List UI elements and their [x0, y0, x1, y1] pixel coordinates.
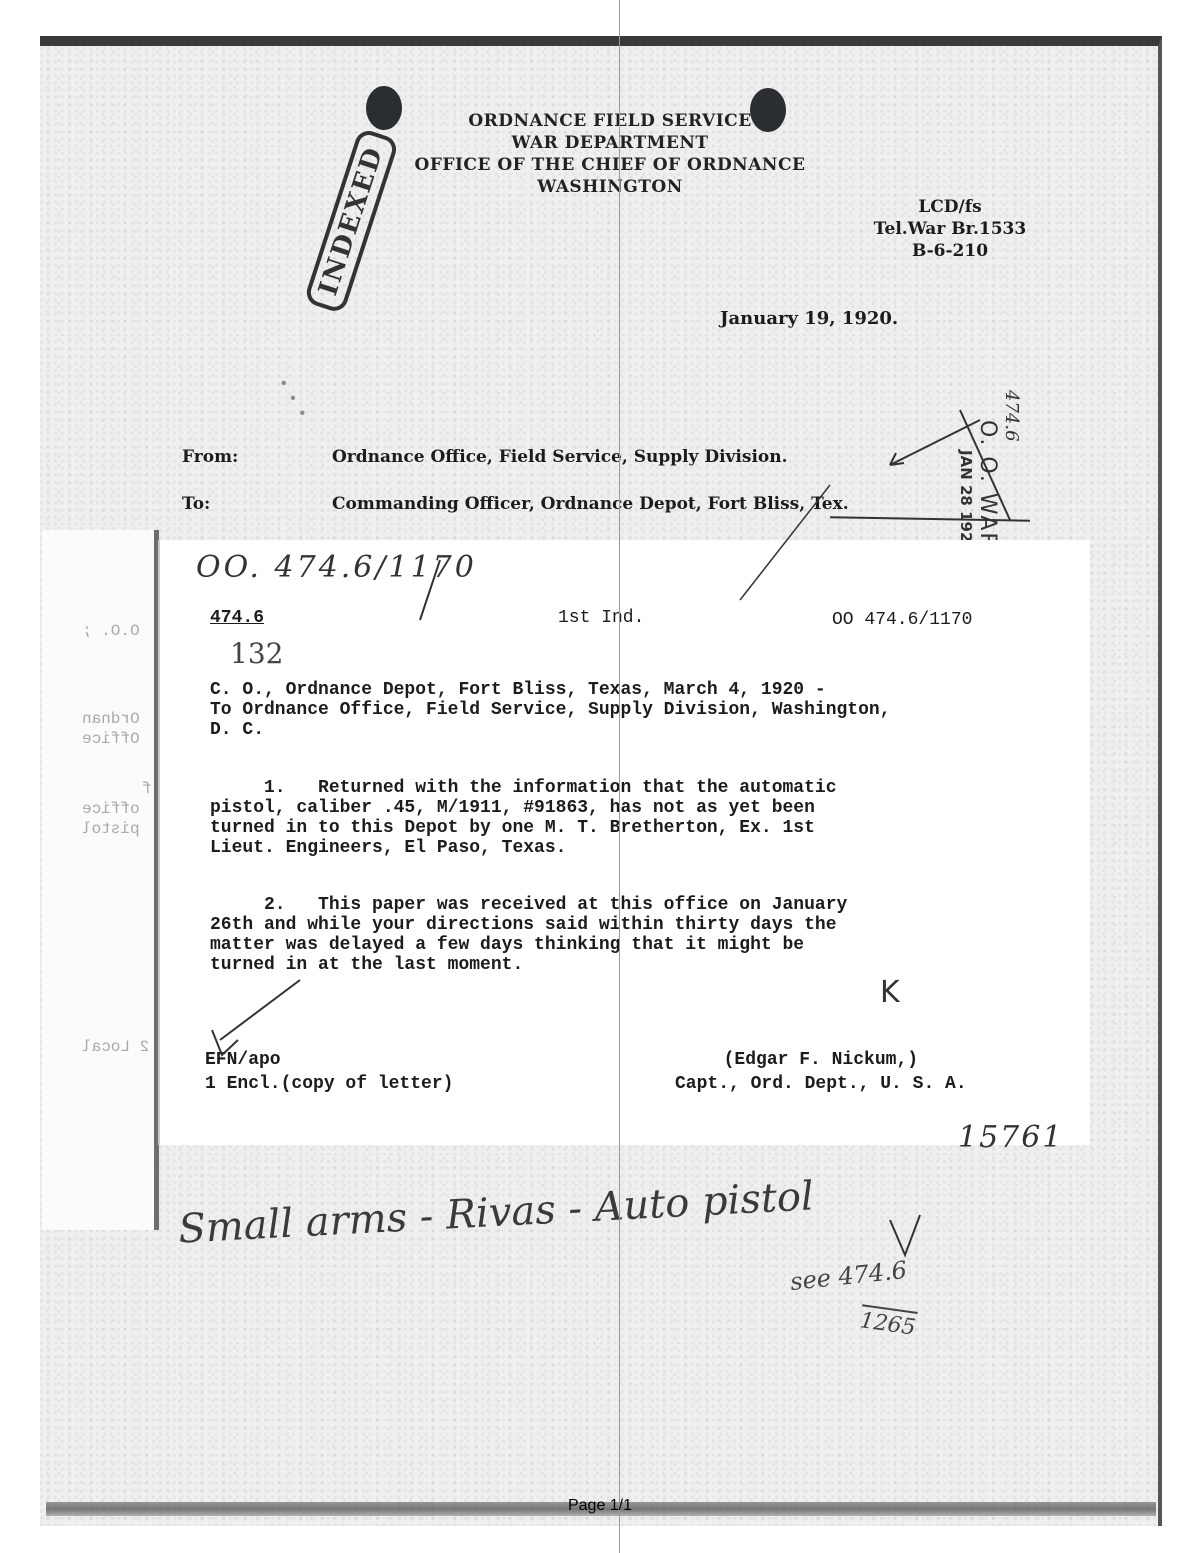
from-line: From:Ordnance Office, Field Service, Sup… — [182, 447, 788, 467]
signature-name: (Edgar F. Nickum,) — [675, 1048, 967, 1072]
mirror-text: office — [82, 800, 140, 818]
paragraph-line: 26th and while your directions said with… — [210, 915, 847, 935]
letterhead: ORDNANCE FIELD SERVICE WAR DEPARTMENT OF… — [380, 110, 840, 198]
indorsement-title: 1st Ind. — [558, 608, 644, 628]
paragraph-2: 2. This paper was received at this offic… — [210, 895, 847, 975]
fold-line — [619, 0, 620, 1553]
handwritten-number: 132 — [230, 637, 283, 670]
signature-title: Capt., Ord. Dept., U. S. A. — [675, 1072, 967, 1096]
typist-initials: EFN/apo — [205, 1048, 453, 1072]
mirror-text: 2 Local — [82, 1038, 149, 1056]
mirror-text: Office — [82, 730, 140, 748]
paragraph-line: matter was delayed a few days thinking t… — [210, 935, 847, 955]
handwritten-file-ref: OO. 474.6/1170 — [196, 550, 477, 585]
letter-date: January 19, 1920. — [720, 308, 898, 329]
address-line: C. O., Ordnance Depot, Fort Bliss, Texas… — [210, 680, 891, 700]
received-stamp-date: JAN 28 1920 — [957, 450, 975, 553]
paragraph-1: 1. Returned with the information that th… — [210, 778, 837, 858]
address-line: To Ordnance Office, Field Service, Suppl… — [210, 700, 891, 720]
to-value: Commanding Officer, Ordnance Depot, Fort… — [332, 494, 849, 514]
reference-line: B-6-210 — [840, 240, 1060, 262]
paragraph-line: 2. This paper was received at this offic… — [210, 895, 847, 915]
letterhead-line: WAR DEPARTMENT — [380, 132, 840, 154]
signature-block: (Edgar F. Nickum,) Capt., Ord. Dept., U.… — [675, 1048, 967, 1096]
mirror-text: f — [142, 780, 152, 798]
mirror-text: O.O. ; — [82, 622, 140, 640]
letterhead-line: ORDNANCE FIELD SERVICE — [380, 110, 840, 132]
from-label: From: — [182, 447, 332, 467]
page-indicator: Page 1/1 — [0, 1497, 1200, 1515]
indorsement-slip: OO. 474.6/1170 474.6 1st Ind. OO 474.6/1… — [160, 540, 1090, 1145]
paragraph-line: 1. Returned with the information that th… — [210, 778, 837, 798]
underlying-sheet: O.O. ; Ordnan Office f office pistol 2 L… — [42, 530, 159, 1230]
reference-line: Tel.War Br.1533 — [840, 218, 1060, 240]
office-reference: OO 474.6/1170 — [832, 610, 972, 630]
mirror-text: Ordnan — [82, 710, 140, 728]
from-value: Ordnance Office, Field Service, Supply D… — [332, 447, 788, 467]
initials-block: EFN/apo 1 Encl.(copy of letter) — [205, 1048, 453, 1096]
enclosure-note: 1 Encl.(copy of letter) — [205, 1072, 453, 1096]
paragraph-line: Lieut. Engineers, El Paso, Texas. — [210, 838, 837, 858]
address-block: C. O., Ordnance Depot, Fort Bliss, Texas… — [210, 680, 891, 740]
file-number: 474.6 — [210, 608, 264, 628]
address-line: D. C. — [210, 720, 891, 740]
handwritten-mark: K — [880, 975, 900, 1010]
paragraph-line: pistol, caliber .45, M/1911, #91863, has… — [210, 798, 837, 818]
paragraph-line: turned in at the last moment. — [210, 955, 847, 975]
mirror-text: pistol — [82, 820, 140, 838]
to-line: To:Commanding Officer, Ordnance Depot, F… — [182, 494, 849, 514]
paragraph-line: turned in to this Depot by one M. T. Bre… — [210, 818, 837, 838]
reference-block: LCD/fs Tel.War Br.1533 B-6-210 — [840, 196, 1060, 262]
letterhead-line: WASHINGTON — [380, 176, 840, 198]
to-label: To: — [182, 494, 332, 514]
reference-line: LCD/fs — [840, 196, 1060, 218]
letterhead-line: OFFICE OF THE CHIEF OF ORDNANCE — [380, 154, 840, 176]
handwritten-file-number: 15761 — [958, 1120, 1063, 1155]
received-stamp-handwritten: 474.6 — [1001, 390, 1022, 442]
